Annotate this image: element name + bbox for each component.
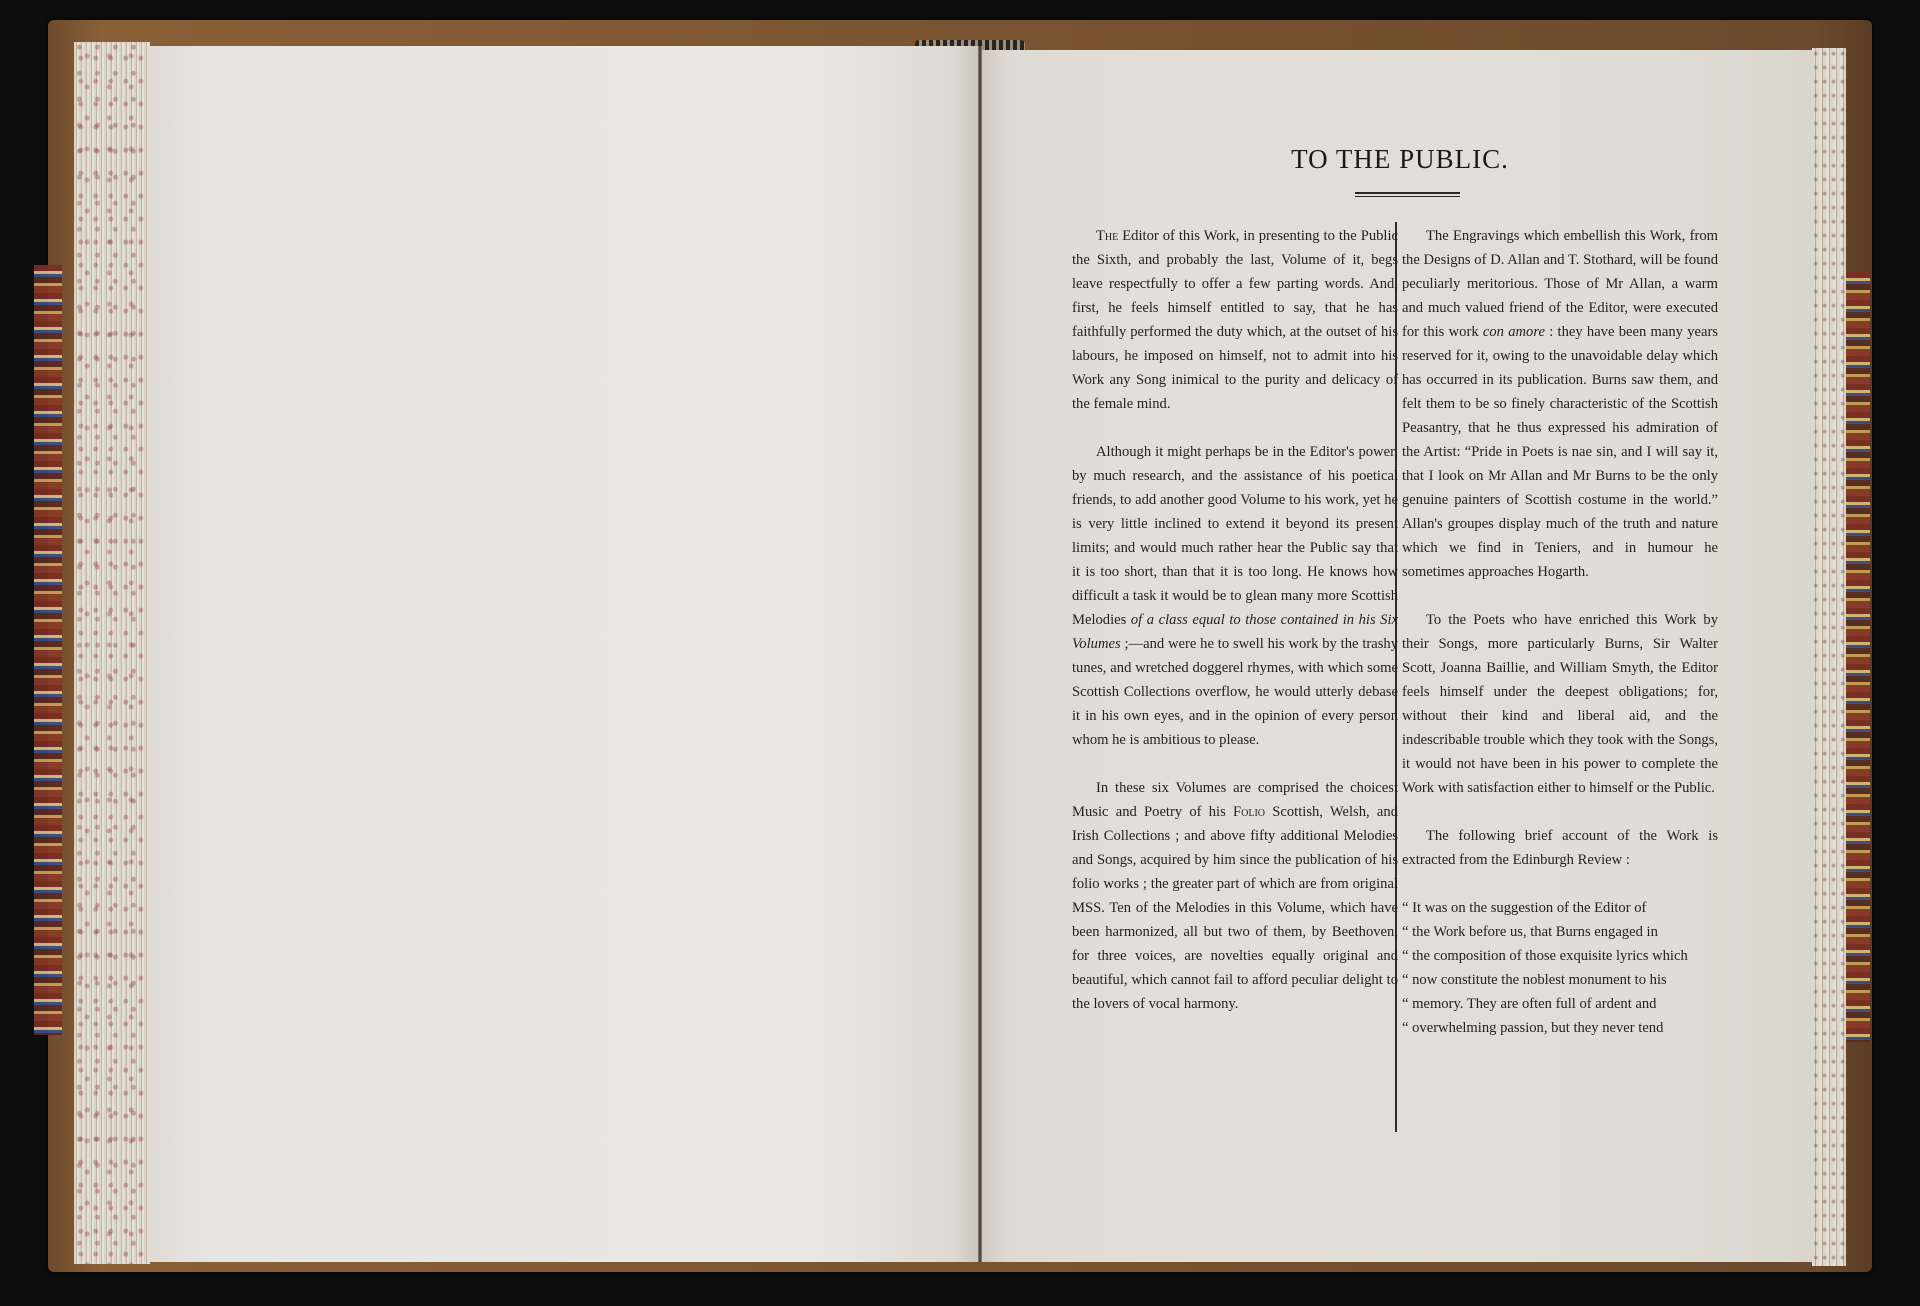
drop-lead: The [1096, 228, 1118, 244]
quote-line: “ the Work before us, that Burns engaged… [1402, 920, 1718, 944]
paragraph-editor-intro: The Editor of this Work, in presenting t… [1072, 224, 1398, 416]
marbled-board-right [1842, 272, 1870, 1042]
quote-line: “ now constitute the noblest monument to… [1402, 968, 1718, 992]
left-text-column: The Editor of this Work, in presenting t… [1072, 224, 1398, 1040]
paragraph-six-volumes: In these six Volumes are comprised the c… [1072, 776, 1398, 1016]
page-edges-left [74, 42, 150, 1264]
title-double-rule [1355, 192, 1460, 197]
page-title: TO THE PUBLIC. [1180, 144, 1620, 175]
quote-line: “ the composition of those exquisite lyr… [1402, 944, 1718, 968]
marbled-board-left [34, 265, 62, 1035]
paragraph-text: ;—and were he to swell his work by the t… [1072, 636, 1398, 748]
paragraph-poets: To the Poets who have enriched this Work… [1402, 608, 1718, 800]
review-quote: “ It was on the suggestion of the Editor… [1402, 896, 1718, 1040]
quote-line: “ memory. They are often full of ardent … [1402, 992, 1718, 1016]
paragraph-review-intro: The following brief account of the Work … [1402, 824, 1718, 872]
small-caps-folio: Folio [1233, 804, 1265, 820]
paragraph-text: To the Poets who have enriched this Work… [1402, 612, 1718, 796]
italic-phrase: con amore [1483, 324, 1545, 340]
quote-line: “ overwhelming passion, but they never t… [1402, 1016, 1718, 1040]
right-text-column: The Engravings which embellish this Work… [1402, 224, 1718, 1064]
paragraph-text: Editor of this Work, in presenting to th… [1072, 228, 1398, 412]
paragraph-text: Although it might perhaps be in the Edit… [1072, 444, 1398, 628]
paragraph-text: The following brief account of the Work … [1402, 828, 1718, 868]
paragraph-engravings: The Engravings which embellish this Work… [1402, 224, 1718, 584]
paragraph-text: : they have been many years reserved for… [1402, 324, 1718, 580]
left-page-blank [148, 46, 980, 1262]
page-edges-right [1812, 48, 1846, 1266]
paragraph-text: Scottish, Welsh, and Irish Collections ;… [1072, 804, 1398, 1012]
quote-line: “ It was on the suggestion of the Editor… [1402, 896, 1718, 920]
paragraph-extension: Although it might perhaps be in the Edit… [1072, 440, 1398, 752]
book-spine-gutter [978, 46, 982, 1262]
